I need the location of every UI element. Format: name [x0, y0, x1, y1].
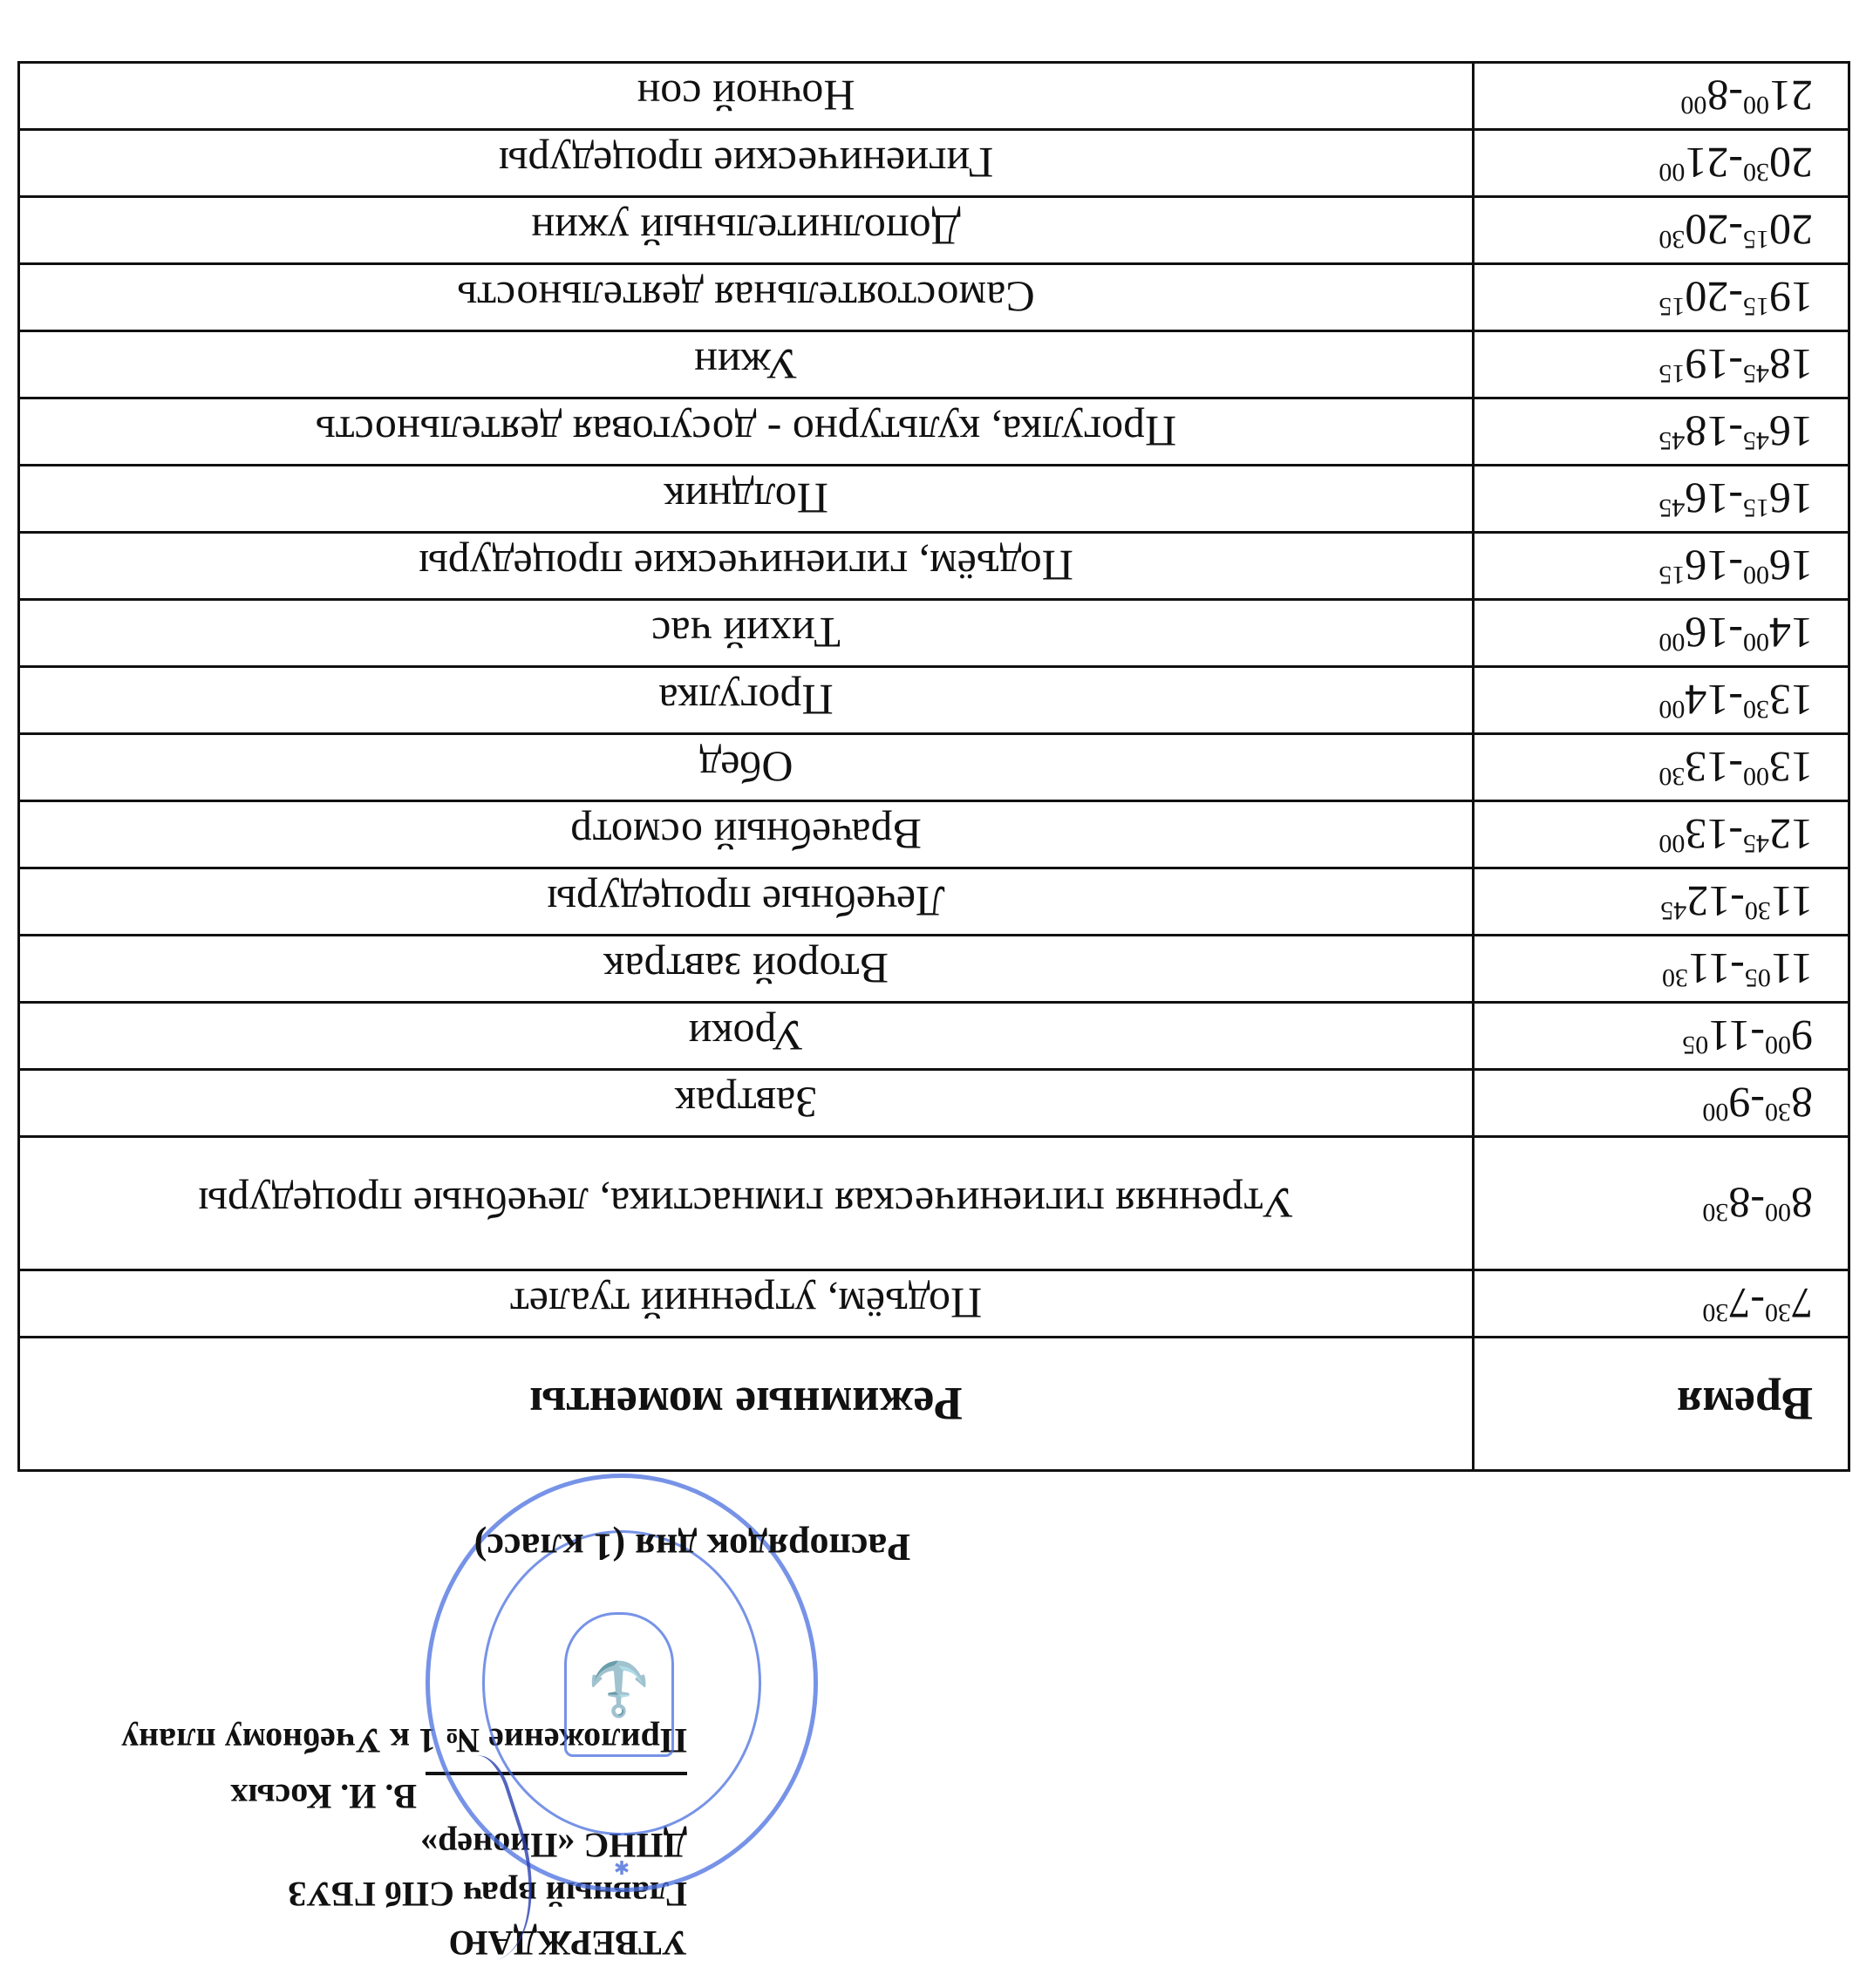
time-cell: 830-900 [1474, 1070, 1849, 1137]
activity-cell: Утренняя гигиеническая гимнастика, лечеб… [19, 1137, 1474, 1270]
table-row: 1300-1330Обед [19, 734, 1849, 801]
document-title: Распорядок дня (1 класс) [0, 1525, 1873, 1569]
time-cell: 730-730 [1474, 1270, 1849, 1338]
activity-cell: Самостоятельная деятельность [19, 264, 1474, 331]
table-row: 1130-1245Лечебные процедуры [19, 868, 1849, 936]
table-row: 1615-1645Полдник [19, 466, 1849, 533]
daily-schedule-table: Время Режимные моменты 730-730Подъём, ут… [17, 61, 1850, 1472]
time-cell: 2100-800 [1474, 63, 1849, 130]
table-row: 1600-1615Подъём, гигиенические процедуры [19, 533, 1849, 600]
table-row: 1245-1300Врачебный осмотр [19, 801, 1849, 868]
time-cell: 1130-1245 [1474, 868, 1849, 936]
table-row: 900-1105Уроки [19, 1003, 1849, 1070]
activity-cell: Завтрак [19, 1070, 1474, 1137]
time-cell: 1615-1645 [1474, 466, 1849, 533]
activity-cell: Ужин [19, 331, 1474, 398]
table-row: 1330-1400Прогулка [19, 667, 1849, 734]
table-row: 1105-1130Второй завтрак [19, 936, 1849, 1003]
activity-cell: Ночной сон [19, 63, 1474, 130]
coat-of-arms-icon: ⚓ [564, 1612, 674, 1757]
time-cell: 1300-1330 [1474, 734, 1849, 801]
time-cell: 1400-1600 [1474, 600, 1849, 667]
activity-cell: Уроки [19, 1003, 1474, 1070]
activity-cell: Обед [19, 734, 1474, 801]
table-body: 730-730Подъём, утренний туалет800-830Утр… [19, 63, 1849, 1338]
time-cell: 900-1105 [1474, 1003, 1849, 1070]
activity-cell: Врачебный осмотр [19, 801, 1474, 868]
table-row: 1400-1600Тихий час [19, 600, 1849, 667]
signatory-name: В. И. Косых [230, 1772, 417, 1821]
time-cell: 2015-2030 [1474, 197, 1849, 264]
time-cell: 1845-1915 [1474, 331, 1849, 398]
activity-cell: Лечебные процедуры [19, 868, 1474, 936]
activity-cell: Полдник [19, 466, 1474, 533]
activity-cell: Тихий час [19, 600, 1474, 667]
table-row: 830-900Завтрак [19, 1070, 1849, 1137]
table-row: 800-830Утренняя гигиеническая гимнастика… [19, 1137, 1849, 1270]
time-cell: 1105-1130 [1474, 936, 1849, 1003]
table-row: 1845-1915Ужин [19, 331, 1849, 398]
scanned-document-page: УТВЕРЖДАЮ Главный врач СПб ГБУЗ ДПНС «Пи… [0, 0, 1873, 1988]
header-activity: Режимные моменты [19, 1338, 1474, 1471]
activity-cell: Второй завтрак [19, 936, 1474, 1003]
time-cell: 1330-1400 [1474, 667, 1849, 734]
header-time: Время [1474, 1338, 1849, 1471]
time-cell: 2030-2100 [1474, 130, 1849, 197]
activity-cell: Дополнительный ужин [19, 197, 1474, 264]
approval-heading: УТВЕРЖДАЮ [59, 1918, 687, 1967]
table-row: 2100-800Ночной сон [19, 63, 1849, 130]
table-header-row: Время Режимные моменты [19, 1338, 1849, 1471]
time-cell: 1245-1300 [1474, 801, 1849, 868]
time-cell: 1600-1615 [1474, 533, 1849, 600]
table-row: 2030-2100Гигиенические процедуры [19, 130, 1849, 197]
table-row: 2015-2030Дополнительный ужин [19, 197, 1849, 264]
table-row: 730-730Подъём, утренний туалет [19, 1270, 1849, 1338]
time-cell: 800-830 [1474, 1137, 1849, 1270]
activity-cell: Прогулка [19, 667, 1474, 734]
time-cell: 1915-2015 [1474, 264, 1849, 331]
table-row: 1645-1845Прогулка, культурно - досуговая… [19, 398, 1849, 466]
activity-cell: Подъём, утренний туалет [19, 1270, 1474, 1338]
table-row: 1915-2015Самостоятельная деятельность [19, 264, 1849, 331]
time-cell: 1645-1845 [1474, 398, 1849, 466]
activity-cell: Гигиенические процедуры [19, 130, 1474, 197]
activity-cell: Прогулка, культурно - досуговая деятельн… [19, 398, 1474, 466]
activity-cell: Подъём, гигиенические процедуры [19, 533, 1474, 600]
